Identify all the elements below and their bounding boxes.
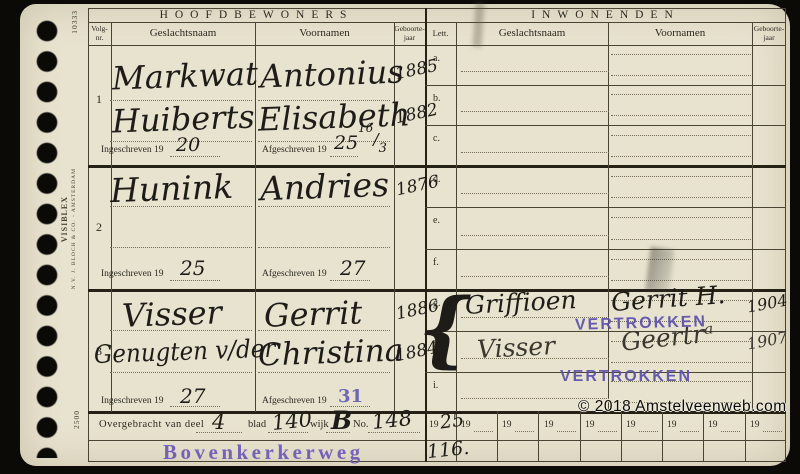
afgeschreven-day: 16 — [358, 121, 373, 135]
write-line — [461, 152, 609, 153]
write-line — [170, 156, 220, 157]
write-line — [611, 156, 751, 157]
write-line — [326, 432, 350, 433]
write-line — [368, 432, 420, 433]
firstname-entry: Gerrit — [263, 296, 362, 331]
punch-holes — [35, 16, 59, 458]
write-line — [330, 156, 358, 157]
write-line — [268, 432, 308, 433]
surname-entry: Visser — [121, 296, 222, 331]
write-line — [680, 431, 699, 432]
write-line — [611, 135, 751, 136]
wijk-label: wijk — [310, 419, 329, 430]
birthyear-entry: 1904 — [746, 293, 789, 316]
inwonende-row-b: b. — [425, 85, 786, 125]
year-cell-prefix: 19 — [461, 421, 471, 431]
write-line — [258, 206, 390, 207]
year-cell-prefix: 19 — [667, 421, 677, 431]
afgeschreven-label: Afgeschreven 19 — [262, 397, 327, 407]
write-line — [170, 280, 220, 281]
write-line — [461, 71, 609, 72]
afgeschreven-date: 16/3 — [358, 128, 387, 152]
card-batch-number: 2500 — [72, 410, 81, 429]
no-label: No. — [353, 419, 368, 430]
column-header-geboortejaar: Geboorte- jaar — [752, 22, 786, 45]
write-line — [721, 431, 740, 432]
street-name-stamp: Bovenkerkerweg — [163, 442, 364, 463]
write-line — [611, 362, 751, 363]
write-line — [110, 206, 252, 207]
write-line — [110, 247, 252, 248]
write-line — [258, 247, 390, 248]
inwonende-row-d: d. — [425, 166, 786, 207]
row-letter: f. — [433, 257, 439, 268]
column-header-voornamen: Voornamen — [608, 22, 752, 45]
afgeschreven-year: 27 — [340, 258, 365, 278]
write-line — [611, 75, 751, 76]
column-header-volgnr: Volg- nr. — [88, 22, 111, 45]
grid-line — [703, 411, 704, 462]
year-cell-prefix: 19 — [708, 421, 718, 431]
write-line — [611, 217, 751, 218]
deel-value: 4 — [212, 412, 225, 433]
ingeschreven-label: Ingeschreven 19 — [101, 270, 164, 280]
ingeschreven-year: 25 — [180, 258, 205, 278]
grid-line — [538, 411, 539, 462]
afgeschreven-label: Afgeschreven 19 — [262, 270, 327, 280]
inwonende-row-f: f. — [425, 249, 786, 290]
copyright-watermark: © 2018 Amstelveenweb.com — [578, 398, 787, 416]
surname-entry: Griffioen — [464, 287, 577, 318]
grid-line — [621, 411, 622, 462]
write-line — [611, 176, 751, 177]
blad-value: 140 — [271, 409, 313, 434]
write-line — [461, 235, 609, 236]
volgnr-1: 1 — [88, 90, 110, 110]
firstname-entry: Antonius — [259, 56, 404, 93]
write-line — [611, 197, 751, 198]
year-cell-prefix: 19 — [429, 421, 439, 431]
row-letter: d. — [433, 174, 441, 185]
write-line — [110, 372, 252, 373]
write-line — [639, 431, 658, 432]
year-cell-prefix: 19 — [502, 421, 512, 431]
column-header-voornamen: Voornamen — [255, 22, 394, 45]
inwonende-row-h: h. Visser Geertrᵃ 1907 — [425, 331, 786, 372]
ingeschreven-label: Ingeschreven 19 — [101, 146, 164, 156]
section-title-hoofdbewoners: HOOFDBEWONERS — [88, 8, 425, 22]
blad-label: blad — [248, 419, 266, 430]
grid-line — [497, 411, 498, 462]
overgebracht-label: Overgebracht van deel — [99, 419, 204, 430]
fraction-slash: / — [373, 129, 378, 148]
afgeschreven-label: Afgeschreven 19 — [262, 146, 327, 156]
brand-company: N.V. J. BLOCH & CO. - AMSTERDAM — [71, 168, 77, 289]
year-cell-prefix: 19 — [750, 421, 760, 431]
write-line — [763, 431, 782, 432]
write-line — [461, 276, 609, 277]
row-letter: e. — [433, 215, 440, 226]
year-cell-prefix: 19 — [544, 421, 554, 431]
inwonende-row-a: a. — [425, 45, 786, 85]
write-line — [258, 372, 390, 373]
firstname-entry: Christina — [258, 335, 404, 371]
write-line — [461, 111, 609, 112]
write-line — [474, 431, 493, 432]
write-line — [258, 330, 390, 331]
write-line — [461, 193, 609, 194]
write-line — [515, 431, 534, 432]
brand-name: VISIBLEX — [60, 196, 69, 242]
afgeschreven-month: 3 — [379, 141, 387, 156]
no-value: 148 — [371, 408, 413, 433]
row-letter: i. — [433, 380, 438, 391]
inwonende-row-c: c. — [425, 125, 786, 166]
surname-entry: Huiberts — [111, 101, 255, 138]
birthyear-entry: 1907 — [746, 330, 789, 353]
write-line — [557, 431, 576, 432]
wijk-value: B — [331, 408, 352, 433]
write-line — [598, 431, 617, 432]
volgnr-2: 2 — [88, 218, 110, 238]
write-line — [611, 54, 751, 55]
column-header-lett: Lett. — [425, 22, 456, 45]
vertrokken-stamp: VERTROKKEN — [560, 369, 692, 385]
write-line — [611, 94, 751, 95]
write-line — [330, 280, 370, 281]
write-line — [611, 115, 751, 116]
firstname-entry: Andries — [259, 168, 389, 205]
afgeschreven-year: 25 — [334, 134, 358, 153]
surname-entry: Visser — [476, 333, 555, 362]
column-header-geslachtsnaam: Geslachtsnaam — [111, 22, 255, 45]
write-line — [170, 406, 220, 407]
house-number: 116. — [426, 439, 470, 462]
scanned-register-card-photo: 10333 VISIBLEX N.V. J. BLOCH & CO. - AMS… — [0, 0, 800, 474]
grid-line — [662, 411, 663, 462]
surname-entry: Hunink — [109, 170, 233, 207]
surname-entry: Markwat — [111, 57, 258, 94]
firstname-entry: Elisabeth — [257, 98, 410, 135]
year-cell-prefix: 19 — [585, 421, 595, 431]
grid-line — [745, 411, 746, 462]
inwonende-row-e: e. — [425, 207, 786, 249]
ingeschreven-label: Ingeschreven 19 — [101, 397, 164, 407]
write-line — [611, 259, 751, 260]
surname-entry: Genugten v/der — [94, 336, 276, 367]
write-line — [611, 239, 751, 240]
afgeschreven-year-stamped: 31 — [338, 388, 363, 406]
row-letter: b. — [433, 93, 441, 104]
row-letter: c. — [433, 133, 440, 144]
row-letter: a. — [433, 53, 440, 64]
column-header-geboortejaar: Geboorte- jaar — [394, 22, 425, 45]
grid-line — [580, 411, 581, 462]
ingeschreven-year: 20 — [176, 136, 200, 155]
write-line — [611, 280, 751, 281]
handwritten-brace: { — [418, 288, 471, 370]
ingeschreven-year: 27 — [180, 386, 205, 406]
write-line — [110, 330, 252, 331]
card-serial-number: 10333 — [70, 10, 79, 34]
year-cell-prefix: 19 — [626, 421, 636, 431]
